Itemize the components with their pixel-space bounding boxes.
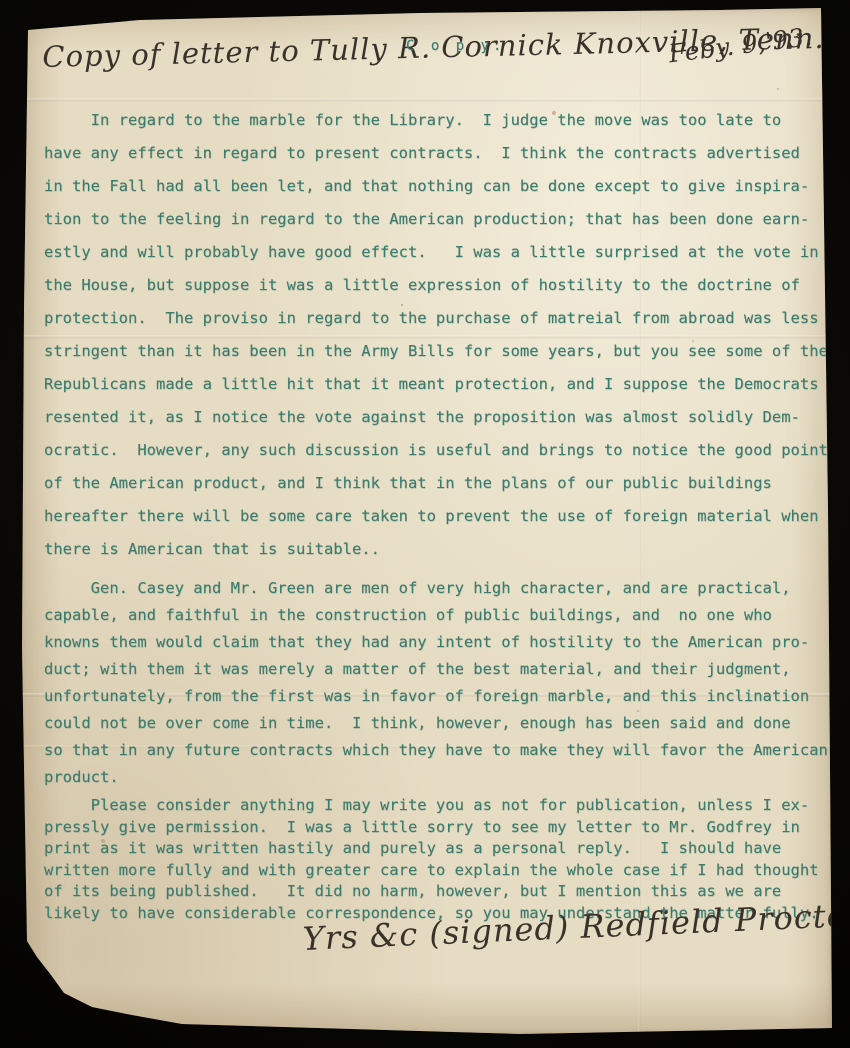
letter-paragraph-1: In regard to the marble for the Library.…: [44, 104, 832, 566]
copy-heading: C o p y.: [406, 38, 505, 54]
fold-crease: [20, 98, 832, 102]
letter-paper: Copy of letter to Tully R. Cornick Knoxv…: [20, 8, 832, 1034]
letter-body: In regard to the marble for the Library.…: [44, 104, 832, 924]
letter-paragraph-2: Gen. Casey and Mr. Green are men of very…: [44, 575, 832, 791]
scan-backdrop: Copy of letter to Tully R. Cornick Knoxv…: [0, 0, 850, 1048]
age-specks: [20, 8, 22, 10]
